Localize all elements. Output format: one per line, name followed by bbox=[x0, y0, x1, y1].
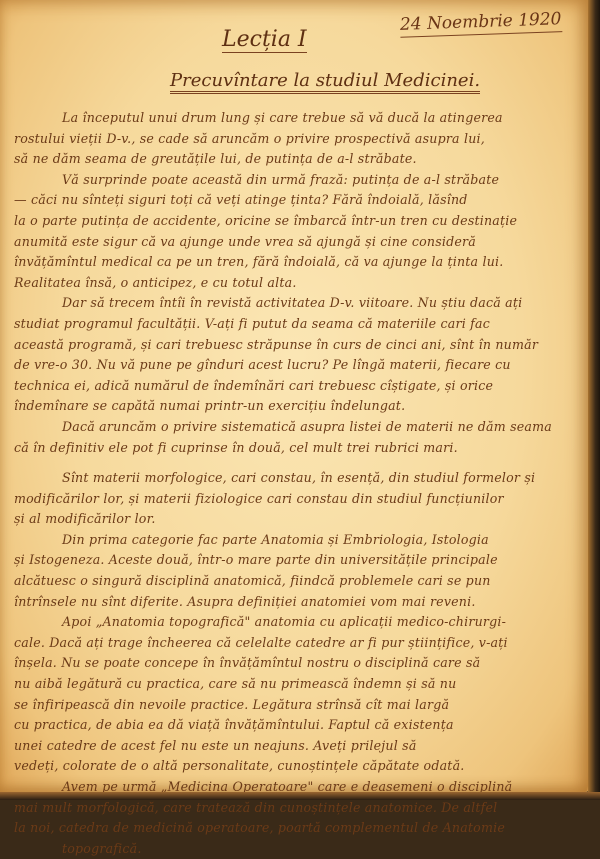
text-line: Dar să trecem întîi în revistă activitat… bbox=[14, 293, 586, 314]
text-line: — căci nu sînteți siguri toți că veți at… bbox=[14, 190, 586, 211]
text-line: cu practica, de abia ea dă viață învățăm… bbox=[14, 715, 586, 736]
paragraph-gap bbox=[14, 458, 586, 468]
manuscript-page: 24 Noembrie 1920 Lecția I Precuvîntare l… bbox=[0, 0, 591, 792]
document-date: 24 Noembrie 1920 bbox=[400, 9, 562, 38]
document-subtitle: Precuvîntare la studiul Medicinei. bbox=[170, 70, 480, 94]
text-line: Din prima categorie fac parte Anatomia ș… bbox=[14, 530, 586, 551]
text-line: Dacă aruncăm o privire sistematică asupr… bbox=[14, 417, 586, 438]
text-line: să ne dăm seama de greutățile lui, de pu… bbox=[14, 149, 586, 170]
book-spine bbox=[588, 0, 600, 800]
text-line: și al modificărilor lor. bbox=[14, 509, 586, 530]
text-line: alcătuesc o singură disciplină anatomică… bbox=[14, 571, 586, 592]
text-line: și Istogeneza. Aceste două, într-o mare … bbox=[14, 550, 586, 571]
text-line: Apoi „Anatomia topografică" anatomia cu … bbox=[14, 612, 586, 633]
text-line: învățămîntul medical ca pe un tren, fără… bbox=[14, 252, 586, 273]
text-line: studiat programul facultății. V-ați fi p… bbox=[14, 314, 586, 335]
text-line: Vă surprinde poate această din urmă fraz… bbox=[14, 170, 586, 191]
text-line: modificărilor lor, și materii fiziologic… bbox=[14, 489, 586, 510]
text-line: anumită este sigur că va ajunge unde vre… bbox=[14, 232, 586, 253]
text-line: această programă, și cari trebuesc străp… bbox=[14, 335, 586, 356]
page-bottom-edge bbox=[0, 792, 600, 800]
text-line: întrînsele nu sînt diferite. Asupra defi… bbox=[14, 592, 586, 613]
text-line: Realitatea însă, o anticipez, e cu totul… bbox=[14, 273, 586, 294]
text-line: că în definitiv ele pot fi cuprinse în d… bbox=[14, 438, 586, 459]
text-line: îndemînare se capătă numai printr-un exe… bbox=[14, 396, 586, 417]
handwritten-body: La începutul unui drum lung și care treb… bbox=[14, 108, 586, 800]
text-line: Sînt materii morfologice, cari constau, … bbox=[14, 468, 586, 489]
text-line: se înfiripească din nevoile practice. Le… bbox=[14, 695, 586, 716]
text-line: rostului vieții D-v., se cade să aruncăm… bbox=[14, 129, 586, 150]
text-line: înșela. Nu se poate concepe în învățămîn… bbox=[14, 653, 586, 674]
text-line: unei catedre de acest fel nu este un nea… bbox=[14, 736, 586, 757]
text-line: de vre-o 30. Nu vă pune pe gînduri acest… bbox=[14, 355, 586, 376]
text-line: cale. Dacă ați trage încheerea că celela… bbox=[14, 633, 586, 654]
lesson-title: Lecția I bbox=[222, 27, 307, 53]
text-line: nu aibă legătură cu practica, care să nu… bbox=[14, 674, 586, 695]
text-line: la o parte putința de accidente, oricine… bbox=[14, 211, 586, 232]
text-line: La începutul unui drum lung și care treb… bbox=[14, 108, 586, 129]
text-line: vedeți, colorate de o altă personalitate… bbox=[14, 756, 586, 777]
text-line: technica ei, adică numărul de îndemînări… bbox=[14, 376, 586, 397]
